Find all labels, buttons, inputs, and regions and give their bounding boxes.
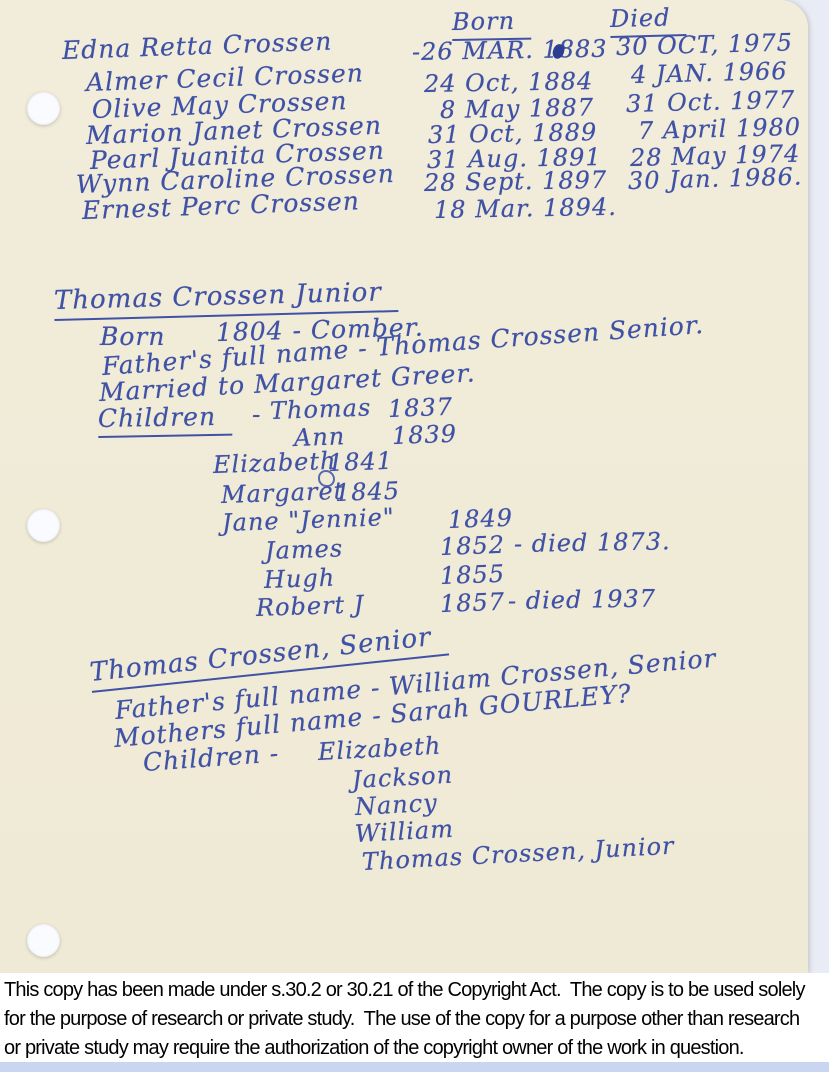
child-year: 1837: [388, 393, 454, 423]
died-date: 4 JAN. 1966: [631, 57, 788, 89]
copyright-notice: This copy has been made under s.30.2 or …: [0, 973, 829, 1062]
child-name: Hugh: [264, 564, 336, 594]
died-column-header: Died: [610, 3, 687, 33]
child-note: - died 1937: [508, 584, 657, 615]
punch-hole-middle: [27, 509, 60, 542]
born-date: -26 MAR. 1883: [412, 35, 608, 66]
copyright-line-3: or private study may require the authori…: [0, 1034, 829, 1062]
copyright-line-2: for the purpose of research or private s…: [0, 1005, 829, 1034]
junior-section-title: Thomas Crossen Junior: [54, 277, 399, 316]
born-date: 18 Mar. 1894.: [434, 193, 617, 224]
person-name: Edna Retta Crossen: [61, 27, 332, 65]
junior-children-label-text: Children: [98, 402, 233, 438]
copyright-line-1: This copy has been made under s.30.2 or …: [0, 976, 829, 1005]
child-name: Jackson: [351, 761, 453, 794]
punch-hole-bottom: [27, 924, 60, 957]
child-name: Jane "Jennie": [222, 503, 396, 537]
child-year: 1855: [440, 560, 506, 590]
junior-children-separator: -: [252, 400, 261, 429]
born-column-header: Born: [452, 7, 531, 36]
junior-children-label: Children: [98, 402, 233, 433]
child-note: - died 1873.: [514, 527, 671, 558]
junior-born-label: Born: [100, 322, 165, 351]
child-year: 1852: [440, 531, 506, 561]
child-year: 1839: [392, 420, 458, 450]
punch-hole-top: [27, 92, 60, 125]
died-date: 30 OCT, 1975: [616, 28, 794, 61]
child-year: 1849: [448, 504, 514, 534]
scanned-paper-sheet: Born Died Edna Retta Crossen -26 MAR. 18…: [0, 0, 808, 973]
died-date: 30 Jan. 1986.: [628, 162, 803, 195]
child-name: Elizabeth: [317, 732, 442, 766]
child-year: 1841: [328, 447, 394, 477]
child-name: Robert J: [256, 590, 365, 622]
child-name: Margaret: [221, 477, 345, 509]
scan-footer-strip: [0, 1062, 829, 1072]
child-year: 1857: [440, 588, 506, 618]
child-name: Thomas: [270, 393, 372, 425]
born-date: 28 Sept. 1897: [424, 166, 608, 197]
child-name: James: [265, 534, 344, 565]
